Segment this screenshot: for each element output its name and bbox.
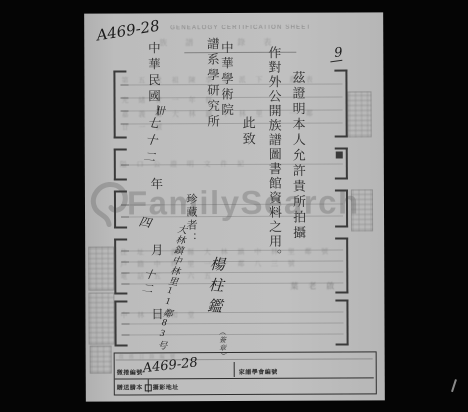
form-index-mark [336,152,343,159]
handwritten-crossout: 卅 [151,105,166,115]
letter-salutation: 此致 [239,116,258,148]
page-number-underline [330,60,342,63]
seal-bleedthrough [88,247,114,291]
form-box-right-bracket [334,70,347,138]
handwritten-signature: 楊柱鑑 [202,255,227,319]
copy-checkbox [145,384,152,391]
form-box-right-bracket [335,190,348,228]
bleedthrough-text-row: 葉 老 啟 [290,281,338,292]
microfilm-number-label: 微捲編號 [117,367,143,376]
microfilm-scan-canvas: FamilySearch [0,0,468,412]
letter-line-2: 作對外公開族譜圖書館資料之用。 [264,46,284,264]
filming-address-label: 攝影地址 [153,382,179,391]
document-page: FamilySearch [84,12,385,401]
date-year-label: 年 [147,177,165,190]
society-number-label: 家譜學會編號 [239,367,278,376]
seal-bleedthrough [90,346,112,374]
handwritten-page-number: 9 [334,45,344,61]
copy-label-cell: 贈送謄本 [117,382,152,391]
printed-header: GENEALOGY CERTIFICATION SHEET [170,25,311,32]
handwritten-holder-address: 大林鎮中林里11鄰83号 [153,223,188,352]
bleedthrough-text-row: 光 緒 廿 一 年 修 [122,95,217,105]
corner-scratch-mark [451,379,456,392]
handwritten-film-number: A469-28 [95,16,161,44]
form-box-left-bracket [114,190,127,228]
letter-line-1: 茲證明本人允許貴所拍攝 [288,71,308,242]
copy-label: 贈送謄本 [117,385,143,391]
addressee-line-2: 譜系學研究所 [203,37,221,130]
footer-cell-divider [234,362,235,377]
seal-bleedthrough [347,91,371,137]
handwritten-month: 四 [137,212,152,231]
date-month-label: 月 [147,243,165,256]
seal-bleedthrough [351,189,373,231]
form-row-line [122,323,344,325]
date-era: 中華民國 [144,41,162,105]
seal-bleedthrough [88,293,114,345]
handwritten-day: 十二 [137,267,157,297]
